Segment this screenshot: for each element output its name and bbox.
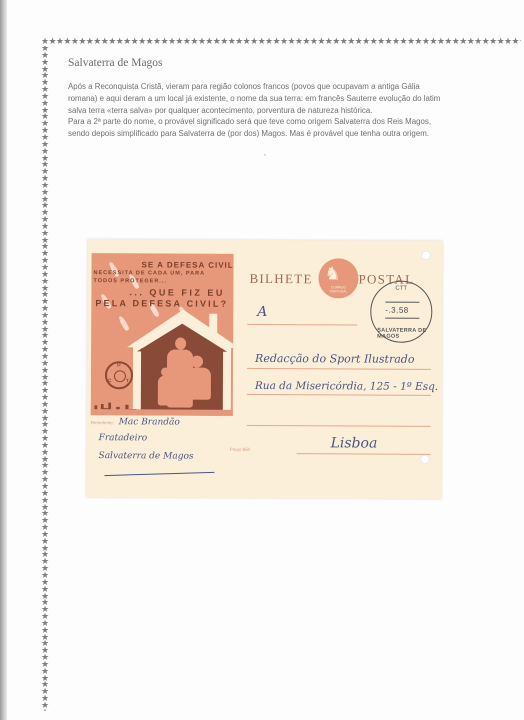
- sender-line-3: Salvaterra de Magos: [99, 451, 194, 461]
- address-line: [247, 368, 431, 370]
- punch-hole: [422, 251, 431, 260]
- printed-stamp: ♞ CORREIO PORTUGAL: [318, 258, 358, 298]
- signature-stroke: [104, 472, 214, 476]
- address-line: [247, 425, 431, 427]
- card-header-bilhete: BILHETE: [249, 271, 312, 287]
- emblem-letter-d: D: [117, 362, 121, 368]
- address-line-1: Redacção do Sport Ilustrado: [255, 352, 414, 366]
- sender-line-2: Fratadeiro: [99, 433, 148, 443]
- postcard: SE A DEFESA CIVIL NECESSITA DE CADA UM, …: [86, 239, 442, 499]
- address-salutation: A: [257, 304, 267, 320]
- punch-hole: [421, 455, 430, 464]
- illustration-band: [91, 409, 233, 416]
- postmark-date: -.3.58: [385, 306, 409, 315]
- sender-label: Remetente:: [91, 420, 114, 425]
- paragraph-2: Para a 2ª parte do nome, o provável sign…: [68, 116, 448, 140]
- price-label: Preço $50: [230, 447, 251, 452]
- stamp-label: CORREIO PORTUGAL: [324, 285, 352, 293]
- cdt-emblem-icon: D C T: [105, 361, 133, 389]
- slogan-line-5: PELA DEFESA CIVIL?: [95, 298, 228, 309]
- address-city: Lisboa: [331, 435, 378, 451]
- slogan-line-2: NECESSITA DE CADA UM, PARA: [93, 270, 205, 277]
- postmark-ctt: CTT: [395, 286, 407, 292]
- address-line-2: Rua da Misericórdia, 125 - 1º Esq.: [255, 380, 438, 393]
- emblem-letter-c: C: [108, 378, 112, 384]
- address-line: [297, 453, 431, 455]
- horse-rider-icon: ♞: [324, 264, 340, 282]
- slogan-line-3: TODOS PROTEGER...: [93, 278, 166, 284]
- binder-edge: [0, 0, 7, 720]
- emblem-letter-t: T: [126, 378, 129, 384]
- star-border-left: ★★★★★★★★★★★★★★★★★★★★★★★★★★★★★★★★★★★★★★★★…: [41, 46, 50, 711]
- body-text: Após a Reconquista Cristã, vieram para r…: [68, 81, 448, 140]
- address-line: [247, 394, 431, 396]
- slogan-line-1: SE A DEFESA CIVIL: [142, 260, 234, 269]
- page-title: Salvaterra de Magos: [68, 57, 163, 69]
- paragraph-1: Após a Reconquista Cristã, vieram para r…: [68, 81, 448, 116]
- slogan-line-4: ... QUE FIZ EU: [129, 287, 225, 298]
- sender-line-1: Mac Brandão: [119, 417, 180, 427]
- postmark-town: SALVATERRA DE MAGOS: [377, 328, 431, 340]
- star-border-top: ★★★★★★★★★★★★★★★★★★★★★★★★★★★★★★★★★★★★★★★★…: [41, 37, 521, 47]
- civil-defense-illustration: SE A DEFESA CIVIL NECESSITA DE CADA UM, …: [91, 253, 234, 416]
- postmark: CTT -.3.58 SALVATERRA DE MAGOS: [370, 281, 432, 343]
- cursor-mark: ˎ: [264, 149, 266, 156]
- address-line: [247, 324, 357, 326]
- family-figure-icon: [153, 335, 217, 413]
